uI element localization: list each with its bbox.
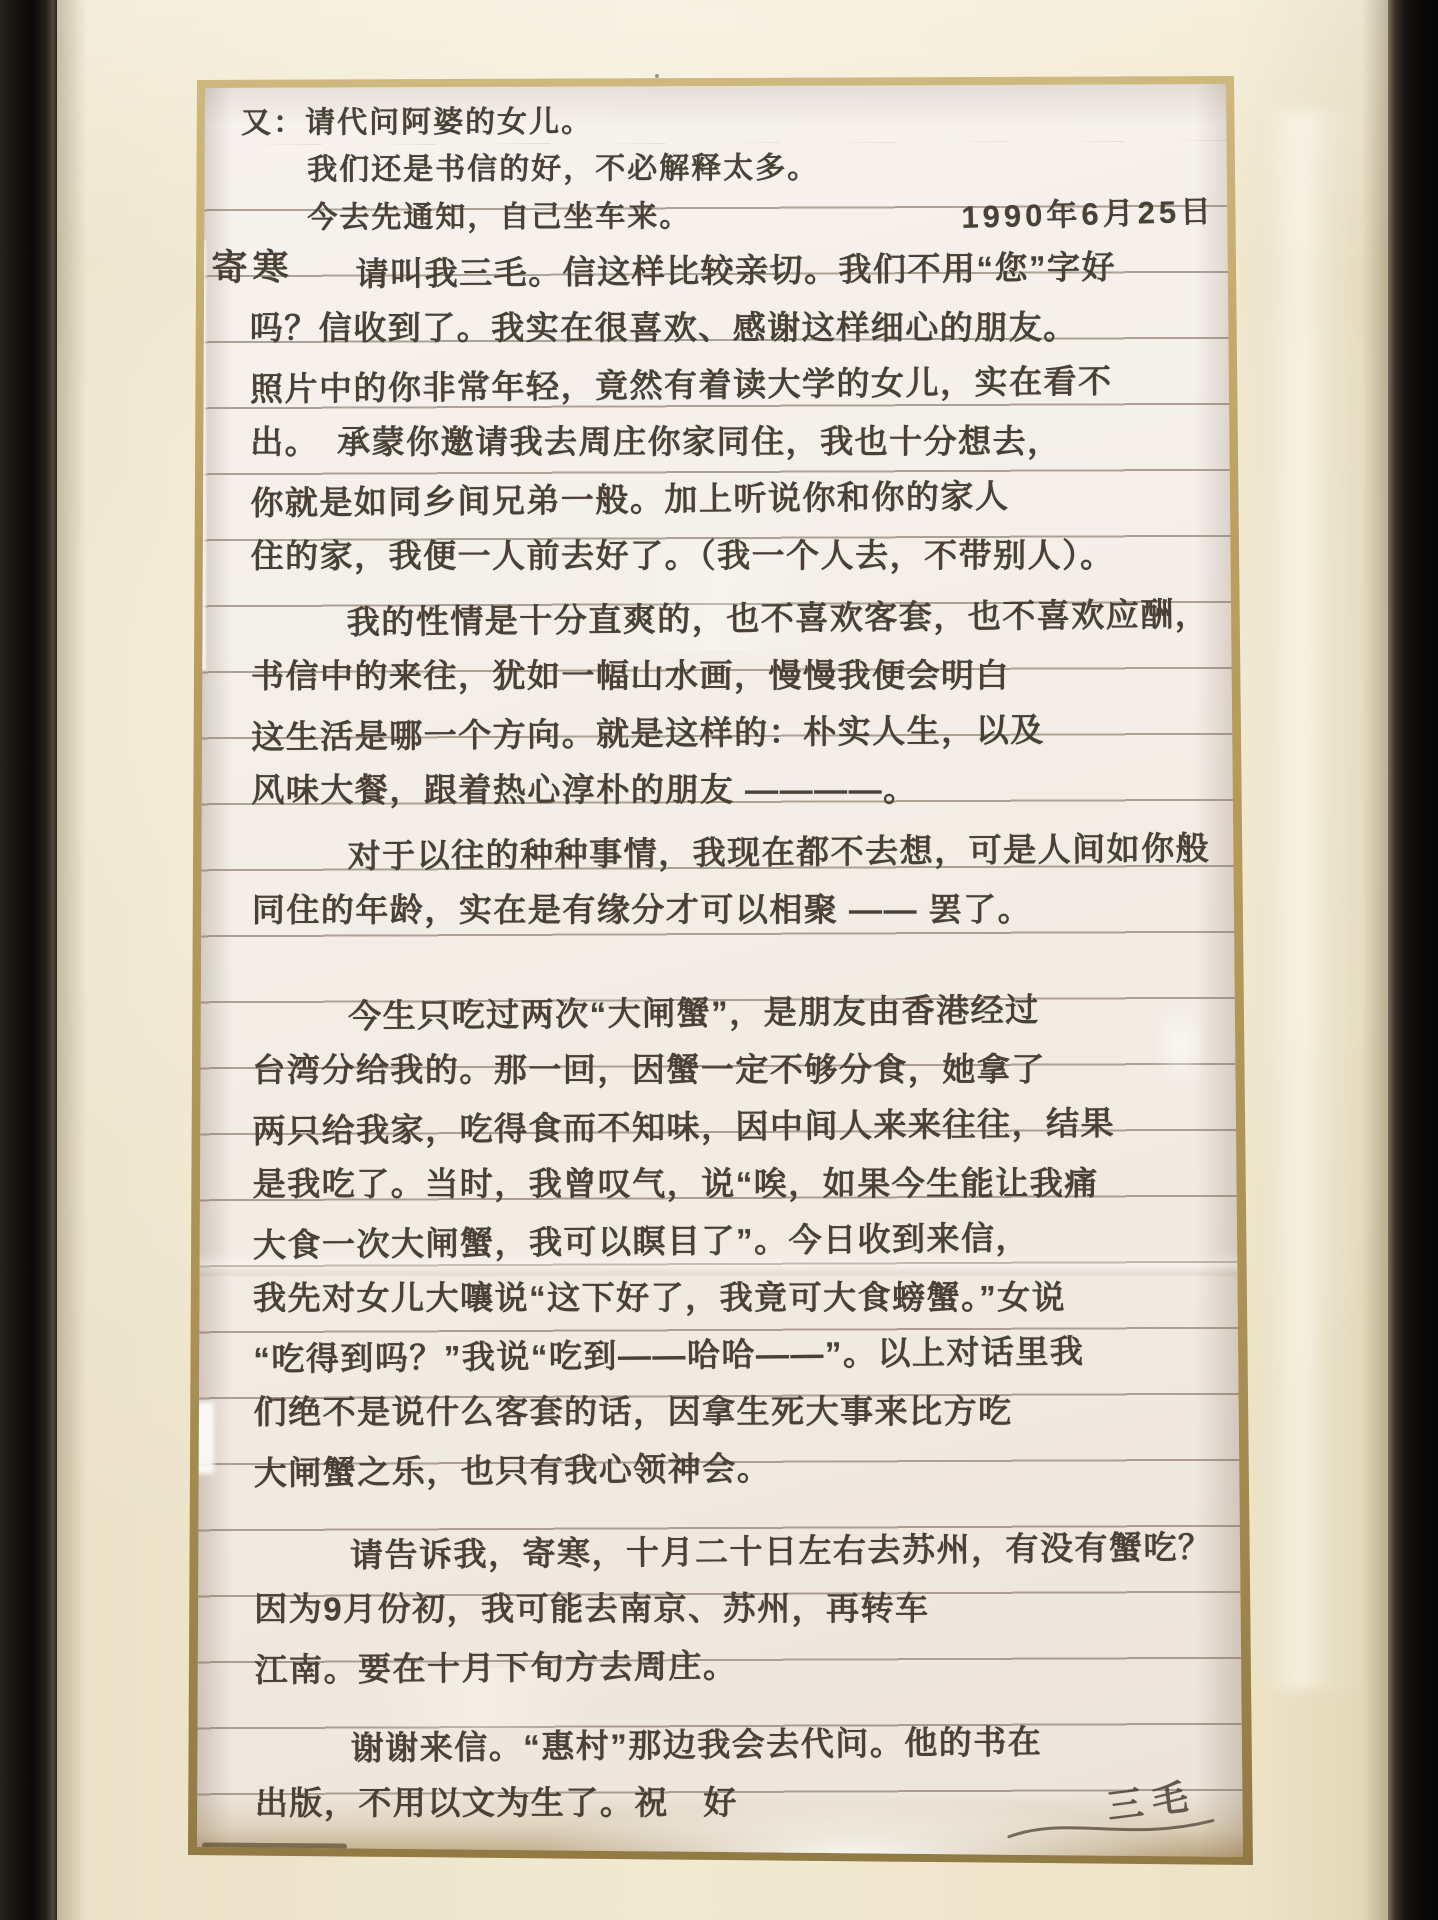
postscript-line: 今去先通知，自己坐车来。1990年6月25日 bbox=[307, 190, 1215, 241]
salutation: 寄寒 bbox=[211, 238, 294, 296]
frame-left-edge bbox=[0, 0, 57, 1920]
letter-line: 你就是如同乡间兄弟一般。加上听说你和你的家人 bbox=[250, 465, 1219, 531]
letter-line-text: 台湾分给我的。那一回，因蟹一定不够分食，她拿了 bbox=[252, 1051, 1046, 1089]
postscript-text: 我们还是书信的好，不必解释太多。 bbox=[307, 152, 819, 187]
letter-line-text: 我的性情是十分直爽的，也不喜欢客套，也不喜欢应酬， bbox=[347, 595, 1210, 640]
letter-line: 住的家，我便一人前去好了。（我一个人去，不带别人）。 bbox=[251, 527, 1219, 585]
letter-line-text: 吗？信收到了。我实在很喜欢、感谢这样细心的朋友。 bbox=[250, 309, 1078, 347]
letter-line: 因为9月份初，我可能去南京、苏州，再转车 bbox=[254, 1580, 1222, 1638]
letter-paragraph: 我的性情是十分直爽的，也不喜欢客套，也不喜欢应酬，书信中的来往，犹如一幅山水画，… bbox=[251, 588, 1220, 819]
letter-line-text: 们绝不是说什么客套的话，因拿生死大事来比方吃 bbox=[254, 1393, 1013, 1431]
mat-speck bbox=[655, 74, 659, 78]
letter-line: 今生只吃过两次“大闸蟹”，是朋友由香港经过 bbox=[252, 979, 1221, 1045]
letter-paper: 又：请代问阿婆的女儿。我们还是书信的好，不必解释太多。今去先通知，自己坐车来。1… bbox=[0, 0, 1438, 1920]
letter-line-text: 两只给我家，吃得食而不知味，因中间人来来往往，结果 bbox=[252, 1104, 1115, 1149]
letter-paragraph: 对于以往的种种事情，我现在都不去想，可是人间如你般同住的年龄，实在是有缘分才可以… bbox=[252, 822, 1220, 939]
letter-line-text: 这生活是哪一个方向。就是这样的：朴实人生，以及 bbox=[251, 711, 1045, 756]
letter-line: 这生活是哪一个方向。就是这样的：朴实人生，以及 bbox=[251, 699, 1220, 765]
glass-glare-right bbox=[1262, 110, 1366, 1690]
letter-line: 大闸蟹之乐，也只有我心领神会。 bbox=[254, 1435, 1223, 1501]
postscript-line: 我们还是书信的好，不必解释太多。 bbox=[307, 143, 1217, 193]
letter-line-text: 住的家，我便一人前去好了。（我一个人去，不带别人）。 bbox=[251, 537, 1115, 575]
letter-line: “吃得到吗？”我说“吃到——哈哈——”。以上对话里我 bbox=[253, 1321, 1222, 1387]
letter-line: 寄寒请叫我三毛。信这样比较亲切。我们不用“您”字好 bbox=[249, 237, 1218, 303]
letter-line-text: 风味大餐，跟着热心淳朴的朋友 ————。 bbox=[251, 771, 917, 809]
letter-line: 对于以往的种种事情，我现在都不去想，可是人间如你般 bbox=[251, 819, 1220, 885]
letter-line-text: 是我吃了。当时，我曾叹气，说“唉，如果今生能让我痛 bbox=[253, 1165, 1099, 1203]
letter-paragraph: 请告诉我，寄寒，十月二十日左右去苏州，有没有蟹吃？因为9月份初，我可能去南京、苏… bbox=[254, 1521, 1223, 1695]
letter-line-text: 谢谢来信。“惠村”那边我会去代问。他的书在 bbox=[351, 1723, 1043, 1767]
frame-right-edge bbox=[1388, 0, 1438, 1920]
letter-line-text: 我先对女儿大嚷说“这下好了，我竟可大食螃蟹。”女说 bbox=[253, 1279, 1066, 1317]
letter-line: 出版，不用以文为生了。祝 好三毛 bbox=[255, 1773, 1223, 1832]
letter-line-text: 出。 承蒙你邀请我去周庄你家同住，我也十分想去， bbox=[250, 423, 1062, 461]
letter-line-text: 大食一次大闸蟹，我可以瞑目了”。今日收到来信， bbox=[253, 1219, 1030, 1263]
letter-content: 又：请代问阿婆的女儿。我们还是书信的好，不必解释太多。今去先通知，自己坐车来。1… bbox=[249, 96, 1223, 1832]
letter-line-text: 对于以往的种种事情，我现在都不去想，可是人间如你般 bbox=[347, 829, 1210, 874]
letter-line: 吗？信收到了。我实在很喜欢、感谢这样细心的朋友。 bbox=[250, 299, 1218, 357]
letter-line-text: 出版，不用以文为生了。祝 好 bbox=[255, 1774, 738, 1831]
letter-line: 我先对女儿大嚷说“这下好了，我竟可大食螃蟹。”女说 bbox=[253, 1269, 1221, 1327]
letter-line-text: 江南。要在十月下旬方去周庄。 bbox=[254, 1647, 737, 1689]
letter-line: 出。 承蒙你邀请我去周庄你家同住，我也十分想去， bbox=[250, 413, 1218, 471]
letter-line: 请告诉我，寄寒，十月二十日左右去苏州，有没有蟹吃？ bbox=[254, 1518, 1223, 1584]
letter-line: 江南。要在十月下旬方去周庄。 bbox=[254, 1632, 1223, 1698]
letter-line: 大食一次大闸蟹，我可以瞑目了”。今日收到来信， bbox=[253, 1207, 1222, 1273]
postscript-text: 又：请代问阿婆的女儿。 bbox=[241, 105, 593, 139]
letter-line-text: 书信中的来往，犹如一幅山水画，慢慢我便会明白 bbox=[251, 657, 1010, 695]
letter-line: 同住的年龄，实在是有缘分才可以相聚 —— 罢了。 bbox=[252, 881, 1220, 939]
letter-line-text: 你就是如同乡间兄弟一般。加上听说你和你的家人 bbox=[250, 477, 1009, 521]
letter-line-text: 请告诉我，寄寒，十月二十日左右去苏州，有没有蟹吃？ bbox=[350, 1528, 1213, 1573]
framed-letter-photo: 又：请代问阿婆的女儿。我们还是书信的好，不必解释太多。今去先通知，自己坐车来。1… bbox=[0, 0, 1438, 1920]
signature-flourish bbox=[1003, 1811, 1223, 1847]
letter-line: 们绝不是说什么客套的话，因拿生死大事来比方吃 bbox=[254, 1383, 1222, 1441]
letter-line-text: 大闸蟹之乐，也只有我心领神会。 bbox=[254, 1450, 772, 1492]
letter-line-text: 请叫我三毛。信这样比较亲切。我们不用“您”字好 bbox=[355, 248, 1116, 292]
letter-line-text: 照片中的你非常年轻，竟然有着读大学的女儿，实在看不 bbox=[250, 362, 1113, 407]
letter-date: 1990年6月25日 bbox=[961, 188, 1216, 241]
letter-line: 书信中的来往，犹如一幅山水画，慢慢我便会明白 bbox=[251, 647, 1219, 705]
letter-line: 风味大餐，跟着热心淳朴的朋友 ————。 bbox=[251, 761, 1219, 819]
letter-paragraph: 今生只吃过两次“大闸蟹”，是朋友由香港经过台湾分给我的。那一回，因蟹一定不够分食… bbox=[252, 982, 1222, 1498]
letter-line-text: 因为9月份初，我可能去南京、苏州，再转车 bbox=[254, 1590, 929, 1628]
letter-line: 谢谢来信。“惠村”那边我会去代问。他的书在 bbox=[254, 1711, 1223, 1777]
letter-line: 台湾分给我的。那一回，因蟹一定不够分食，她拿了 bbox=[252, 1041, 1220, 1099]
postscript-line: 又：请代问阿婆的女儿。 bbox=[241, 96, 1217, 146]
letter-line: 两只给我家，吃得食而不知味，因中间人来来往往，结果 bbox=[252, 1093, 1221, 1159]
letter-line: 照片中的你非常年轻，竟然有着读大学的女儿，实在看不 bbox=[250, 351, 1219, 417]
mat-shadow-left bbox=[57, 0, 87, 1920]
letter-line-text: 今生只吃过两次“大闸蟹”，是朋友由香港经过 bbox=[348, 991, 1040, 1035]
letter-paragraph: 寄寒请叫我三毛。信这样比较亲切。我们不用“您”字好吗？信收到了。我实在很喜欢、感… bbox=[249, 240, 1218, 585]
letter-line-text: 同住的年龄，实在是有缘分才可以相聚 —— 罢了。 bbox=[252, 891, 1032, 929]
letter-paragraph: 谢谢来信。“惠村”那边我会去代问。他的书在出版，不用以文为生了。祝 好三毛 bbox=[255, 1714, 1223, 1832]
letter-line-text: “吃得到吗？”我说“吃到——哈哈——”。以上对话里我 bbox=[253, 1333, 1084, 1378]
postscript-text: 今去先通知，自己坐车来。 bbox=[307, 193, 691, 241]
letter-line: 我的性情是十分直爽的，也不喜欢客套，也不喜欢应酬， bbox=[251, 585, 1220, 651]
letter-line: 是我吃了。当时，我曾叹气，说“唉，如果今生能让我痛 bbox=[253, 1155, 1221, 1213]
